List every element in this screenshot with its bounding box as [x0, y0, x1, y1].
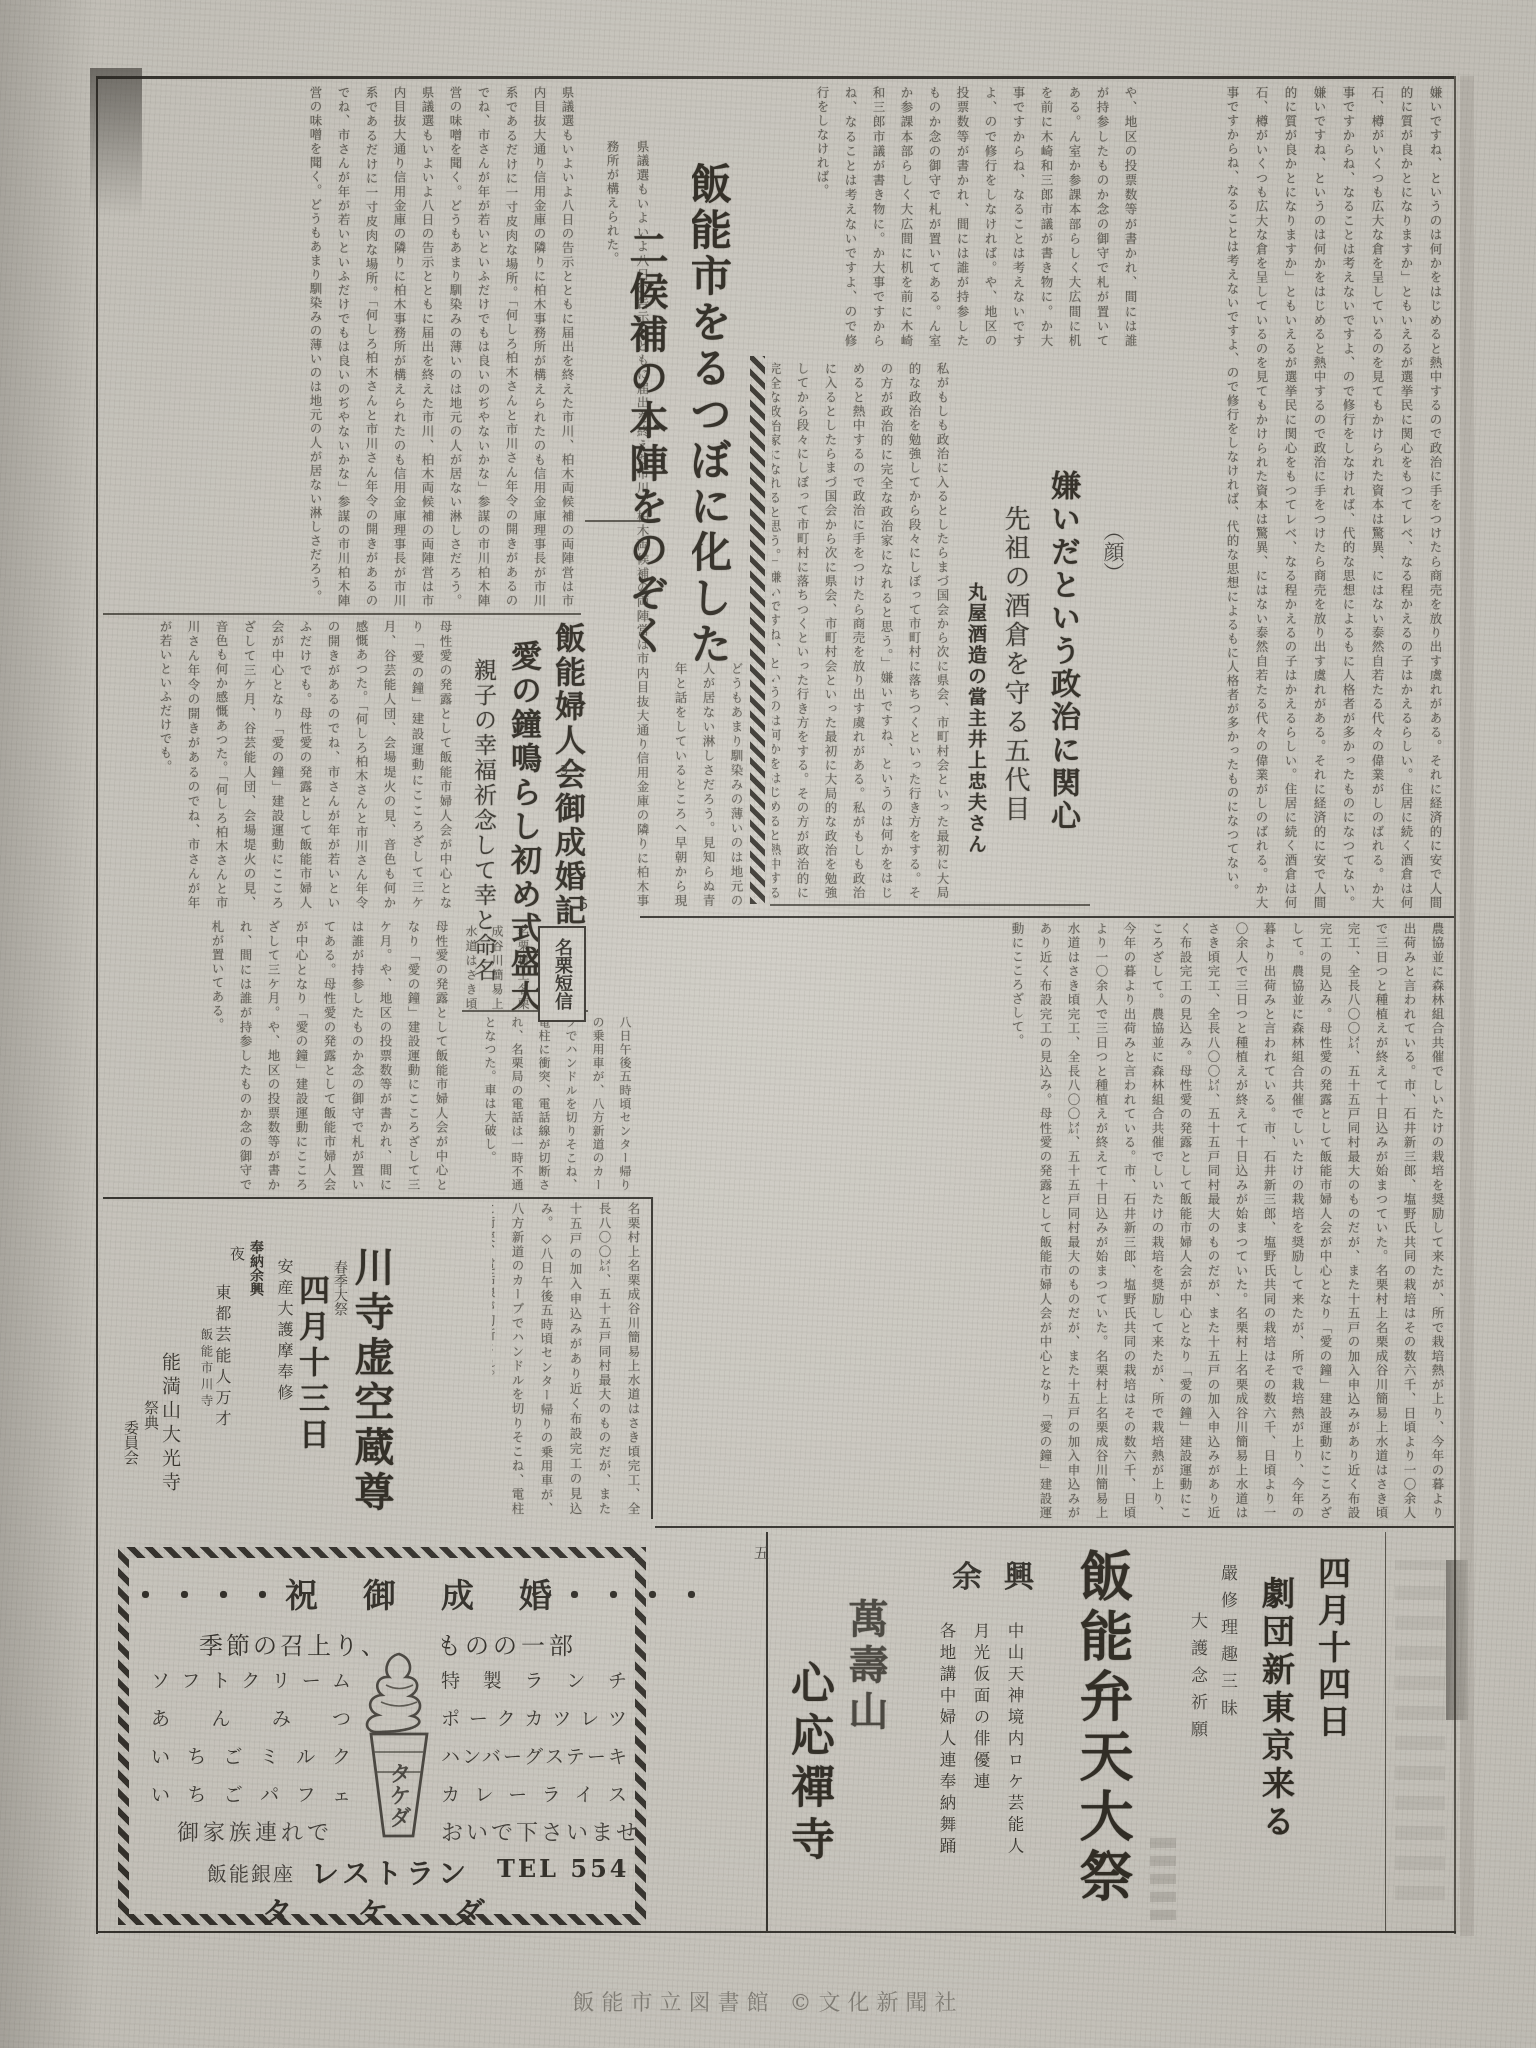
- rule-benten-inner: [1385, 1532, 1386, 1931]
- rule-benten-left: [766, 1532, 768, 1931]
- headline-main-left: 二候補の本陣をのぞく: [630, 228, 674, 678]
- takeda-location: 飯能銀座: [207, 1858, 295, 1887]
- article-left-top: 県議選もいよいよ八日の告示とともに届出を終えた市川、柏木両候補の両陣営は市内目抜…: [103, 86, 581, 608]
- scan-streak-right-margin: [1460, 76, 1474, 1936]
- rule-right: [1454, 76, 1456, 1934]
- kawadera-ad-season: 春季大祭: [332, 1260, 350, 1338]
- takeda-menu-right-3: ハンバーグステーキ: [441, 1742, 627, 1769]
- kao-column-mark: （顔）: [1094, 520, 1128, 630]
- takeda-menu-right-4: カレーライス: [441, 1780, 627, 1807]
- kao-headline-person: 丸屋酒造の當主井上忠夫さん: [964, 582, 990, 902]
- takeda-welcome-line: おいで下さいませ: [441, 1816, 641, 1847]
- takeda-menu-left-1: ソフトクリーム: [151, 1666, 351, 1693]
- benten-yokyo-label: 余興: [952, 1552, 1056, 1596]
- rule-sep-3: [770, 904, 1090, 906]
- scan-faint-marks-benten-right: [1395, 1560, 1445, 1900]
- benten-mountain-name: 萬壽山: [846, 1598, 894, 1778]
- scan-shade-left-margin: [0, 0, 96, 2048]
- rule-kawadera-right: [651, 1197, 653, 1519]
- kao-interview-body: 私がもしも政治に入るとしたらまづ国会から次に県会、市町村会といった最初に大局的な…: [772, 362, 956, 900]
- takeda-ad-title: ・・・・祝 御 成 婚・・・・: [129, 1570, 635, 1617]
- benten-title: 飯能弁天大祭: [1080, 1548, 1142, 1926]
- cone-brand-text: タケダ: [386, 1762, 412, 1828]
- kawadera-ad-title: 川寺虚空蔵尊: [352, 1246, 400, 1516]
- takeda-ad: ・・・・祝 御 成 婚・・・・ 季節の召上り、 ものの一部 ソフトクリーム あん…: [129, 1558, 635, 1914]
- benten-troupe: 劇団新東京来る: [1260, 1576, 1300, 1896]
- benten-rite-1: 嚴修理趣三昧: [1218, 1564, 1240, 1794]
- takeda-menu-left-2: あんみつ: [151, 1704, 351, 1731]
- rule-mid-band: [640, 916, 1454, 918]
- takeda-menu-left-4: いちごパフェ: [151, 1780, 351, 1807]
- fujin-headline-sub: 親子の幸福祈念して幸と命名: [470, 658, 500, 1014]
- column-marker-5: 5: [580, 898, 588, 913]
- benten-date: 四月十四日: [1316, 1556, 1356, 1756]
- article-right-politics: 嫌いですね、というのは何かをはじめると熱中するので政治に手をつけたら商売を放り出…: [1150, 86, 1450, 910]
- meguri-body: 八日午後五時頃センター帰りの乗用車が、八方新道のカーブでハンドルを切りそこね、電…: [460, 1016, 638, 1192]
- rule-left: [96, 76, 98, 1934]
- meguri-news-columns: 名栗村上名栗成谷川簡易上水道はさき頃完工、全長八〇〇㍍、五十五戸同村最大のものだ…: [492, 1202, 648, 1516]
- kawadera-ad-night: 夜: [232, 1246, 248, 1270]
- takeda-name: タ ケ ダ: [127, 1888, 638, 1932]
- headline-main-right: 飯能市をるつぼに化した: [692, 162, 738, 682]
- takeda-family-line: 御家族連れで: [177, 1816, 333, 1847]
- meguri-box-label: 名栗短信: [549, 938, 575, 1010]
- hatched-divider-bar: [750, 356, 765, 904]
- rule-top: [96, 76, 1456, 79]
- footer-credit: 飯能市立図書館 ©文化新聞社: [0, 1986, 1536, 2017]
- takeda-tel: TEL 554: [497, 1854, 629, 1883]
- meguri-box: 名栗短信: [538, 926, 586, 1022]
- article-upper-middle: や、地区の投票数等が書かれ、間には誰が持参したものか念の御守で札が置いてある。ん…: [736, 86, 1144, 348]
- takeda-menu-left-3: いちごミルク: [151, 1742, 351, 1769]
- scan-faint-organizer-text: [1150, 1830, 1176, 1920]
- benten-program-1: 中山天神境内ロケ芸能人: [1004, 1622, 1026, 1908]
- rule-kawadera-top: [103, 1197, 653, 1199]
- rule-sep-2: [103, 613, 581, 615]
- kawadera-ad-date: 四月十三日: [298, 1274, 334, 1474]
- benten-program-2: 月光仮面の俳優連: [970, 1622, 992, 1852]
- kawadera-ad-performers: 東都芸能人万才: [214, 1284, 234, 1464]
- takeda-menu-right-2: ポークカツレツ: [441, 1704, 627, 1731]
- kawadera-ad-rite: 安産大護摩奉修: [276, 1258, 296, 1448]
- kao-headline-main: 嫌いだという政治に関心: [1046, 470, 1084, 890]
- kawadera-ad-committee-2: 委員会: [124, 1420, 142, 1490]
- kawadera-ad-place: 飯能市川寺: [199, 1328, 215, 1438]
- benten-rite-2: 大護念祈願: [1188, 1612, 1210, 1812]
- takeda-menu-right-1: 特製ランチ: [441, 1666, 627, 1693]
- article-left-mid: 母性愛の発露として飯能市婦人会が中心となり「愛の鐘」建設運動にこころざして三ケ月…: [103, 620, 459, 910]
- rule-ads-top: [655, 1526, 1454, 1528]
- kawadera-ad-hono: 奉納余興: [248, 1240, 266, 1320]
- benten-program-3: 各地講中婦人連奉納舞踊: [936, 1622, 958, 1912]
- kawadera-ad-temple: 能満山大光寺: [160, 1352, 184, 1512]
- scan-smudge-right-edge: [1446, 1560, 1468, 1720]
- column-marker-go: 五: [754, 1542, 769, 1563]
- kawadera-ad-committee-1: 祭典: [144, 1400, 162, 1450]
- article-mid-band: 農協並に森林組合共催でしいたけの栽培を奨励して来たが、所で栽培熱が上り、今年の暮…: [655, 922, 1451, 1520]
- headline-article-body: どうもあまり馴染みの薄いのは地元の人が居ない淋しさだろう。見知らぬ青年と話をして…: [660, 662, 750, 908]
- newspaper-page: 嫌いですね、というのは何かをはじめると熱中するので政治に手をつけたら商売を放り出…: [0, 0, 1536, 2048]
- article-left-lower: 母性愛の発露として飯能市婦人会が中心となり「愛の鐘」建設運動にこころざして三ケ月…: [103, 920, 455, 1192]
- kao-headline-sub: 先祖の酒倉を守る五代目: [1002, 505, 1034, 885]
- column-marker-3: 3: [560, 764, 568, 779]
- benten-temple-name: 心応禪寺: [788, 1660, 840, 1916]
- softcream-cone-illustration: タケダ: [351, 1640, 447, 1850]
- takeda-ad-frame: ・・・・祝 御 成 婚・・・・ 季節の召上り、 ものの一部 ソフトクリーム あん…: [118, 1547, 646, 1925]
- takeda-restaurant-label: レストラン: [311, 1852, 470, 1892]
- takeda-right-header: ものの一部: [437, 1626, 577, 1661]
